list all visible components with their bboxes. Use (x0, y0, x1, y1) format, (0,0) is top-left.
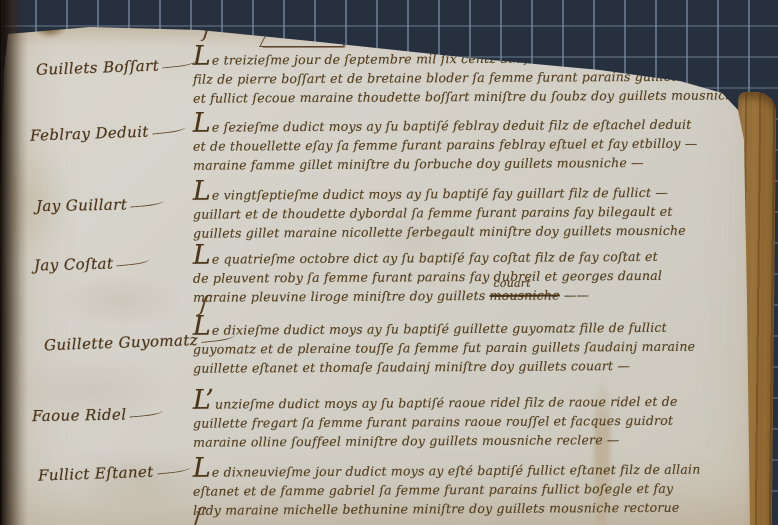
entry-line: et de thouellette eſay ſa femme furant p… (193, 133, 753, 155)
entry-line: ludy maraine michelle bethunine miniſtre… (193, 497, 753, 519)
correction-word: couart (493, 274, 530, 293)
binding-gutter-shadow (0, 0, 28, 525)
entry-body: Le vingtſeptieſme dudict moys ay ſu bapt… (193, 181, 753, 242)
margin-name: Jay Coſtat (34, 253, 151, 274)
entry-line: et fullict ſecoue maraine thoudette boſſ… (193, 85, 753, 107)
entry-body: Le ſezieſme dudict moys ay ſu baptiſé fe… (193, 113, 753, 174)
entry-line: maraine olline ſouffeel miniſtre doy gui… (193, 429, 753, 451)
entry-line-text: —— (560, 287, 590, 302)
entry-line: guyomatz et de pleraine touſſe ſa femme … (193, 336, 753, 358)
entry-line: maraine pleuvine liroge miniſtre doy gui… (193, 284, 753, 306)
entry-line: guillette eſtanet et thomaſe ſaudainj mi… (193, 355, 753, 377)
photographed-register-page: ſ ſ ſ 1610 106 Guillets Boſſart Le treiz… (0, 0, 778, 525)
entry-body: Le dixieſme dudict moys ay ſu baptiſé gu… (193, 316, 753, 377)
correction: couartmousniche (490, 285, 560, 304)
entry-line: guillette fregart ſa femme furant parain… (193, 410, 753, 432)
margin-name: Faoue Ridel (32, 405, 164, 425)
margin-name: Jay Guillart (36, 195, 164, 215)
entry-body: Le quatrieſme octobre dict ay ſu baptiſé… (193, 245, 753, 306)
entry-line: guillets gillet maraine nicollette ſerbe… (193, 220, 753, 242)
entry-body: L’unzieſme dudict moys ay ſu baptiſé rao… (193, 390, 753, 451)
entry-body: Le dixneuvieſme jour dudict moys ay eſté… (193, 458, 753, 519)
entry-line: maraine famme gillet miniſtre du ſorbuch… (193, 152, 753, 174)
manuscript-page: ſ ſ ſ 1610 106 Guillets Boſſart Le treiz… (0, 0, 778, 525)
entry-line-text: maraine pleuvine liroge miniſtre doy gui… (193, 288, 490, 305)
